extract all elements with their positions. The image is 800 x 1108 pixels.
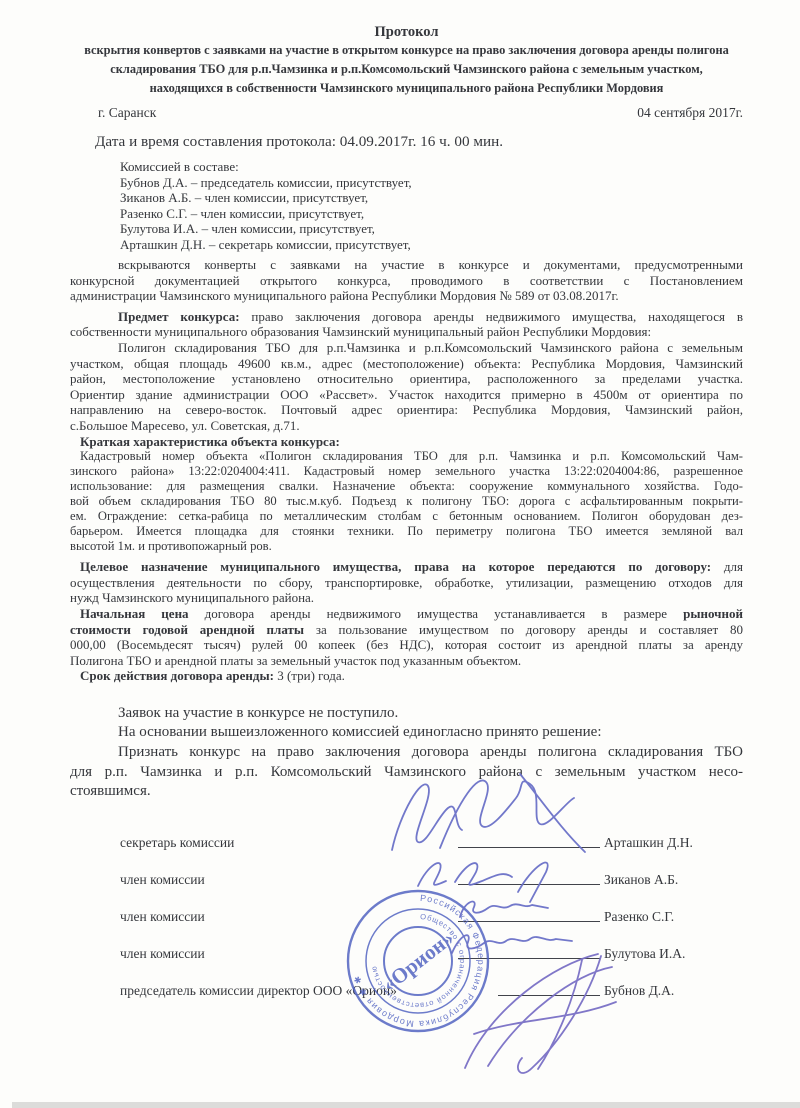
commission-member: Арташкин Д.Н. – секретарь комиссии, прис… [120,237,743,253]
subtitle-line: находящихся в собственности Чамзинского … [70,79,743,98]
signature-name: Бубнов Д.А. [604,983,674,999]
commission-intro: Комиссией в составе: [120,159,743,175]
signature-ink-bubnov [474,1002,616,1034]
paragraph-decision: Заявок на участие в конкурсе не поступил… [70,704,743,802]
commission-member: Разенко С.Г. – член комиссии, присутству… [120,206,743,222]
term-heading: Срок действия договора аренды: [80,668,274,683]
commission-member: Бубнов Д.А. – председатель комиссии, при… [120,175,743,191]
scanned-protocol-document: Протокол вскрытия конвертов с заявками н… [0,0,800,1108]
brief-characteristics-heading: Краткая характеристика объекта конкурса: [80,434,340,449]
signature-line [498,995,600,996]
paragraph-price: Начальная цена договора аренды недвижимо… [70,606,743,684]
paragraph-cadastre: Кадастровый номер объекта «Полигон склад… [70,449,743,554]
commission-member: Зиканов А.Б. – член комиссии, присутству… [120,190,743,206]
signature-name: Разенко С.Г. [604,909,674,925]
scan-edge-artifact [12,1102,800,1108]
signature-role-label: член комиссии [120,909,205,925]
signature-name: Зиканов А.Б. [604,872,678,888]
signature-name: Арташкин Д.Н. [604,835,693,851]
document-title: Протокол [70,24,743,41]
price-heading: Начальная цена [80,606,189,621]
paragraph-subject: Предмет конкурса: право заключения догов… [70,309,743,449]
purpose-heading: Целевое назначение муниципального имущес… [80,559,711,574]
signature-line [458,884,600,885]
date-label: 04 сентября 2017г. [637,104,743,121]
signature-name: Булутова И.А. [604,946,685,962]
datetime-line: Дата и время составления протокола: 04.0… [70,133,743,151]
paragraph-term: Срок действия договора аренды: 3 (три) г… [70,668,743,684]
commission-list: Комиссией в составе: Бубнов Д.А. – предс… [70,159,743,252]
document-subtitle: вскрытия конвертов с заявками на участие… [70,41,743,98]
paragraph-purpose: Целевое назначение муниципального имущес… [70,559,743,606]
signature-line [458,847,600,848]
commission-member: Булутова И.А. – член комиссии, присутств… [120,221,743,237]
place-label: г. Саранск [98,104,156,121]
signature-role-label: член комиссии [120,872,205,888]
subtitle-line: вскрытия конвертов с заявками на участие… [70,41,743,60]
paragraph-opening: вскрываются конверты с заявками на участ… [70,257,743,304]
place-date-row: г. Саранск 04 сентября 2017г. [70,104,743,121]
document-content: Протокол вскрытия конвертов с заявками н… [0,0,800,1005]
signature-role-label: член комиссии [120,946,205,962]
subject-heading: Предмет конкурса: [118,309,240,324]
orion-round-stamp: Российская Федерация Республика Мордовия… [343,886,493,1036]
stamp-center-text: «Орион» [378,926,459,996]
signature-role-label: секретарь комиссии [120,835,234,851]
signature-row-secretary: секретарь комиссии Арташкин Д.Н. [70,820,743,857]
subtitle-line: складирования ТБО для р.п.Чамзинка и р.п… [70,60,743,79]
